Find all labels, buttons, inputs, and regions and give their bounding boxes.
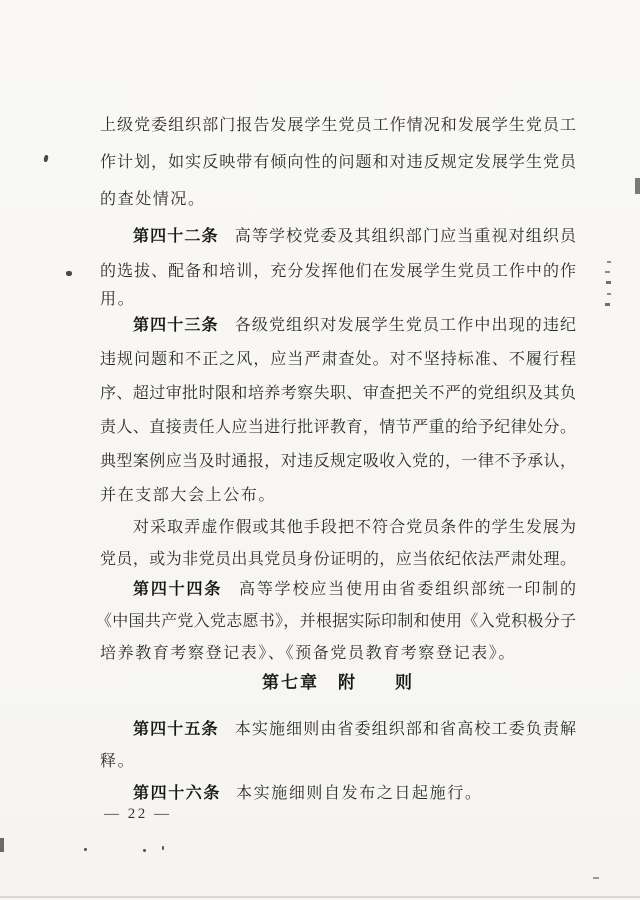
- body-line: 释。: [100, 752, 576, 772]
- body-line: 上级党委组织部门报告发展学生党员工作情况和发展学生党员工: [100, 116, 576, 136]
- body-line: 序、超过审批时限和培养考察失职、审查把关不严的党组织及其负: [100, 384, 576, 404]
- article-text: 高等学校党委及其组织部门应当重视对组织员: [234, 228, 576, 245]
- body-line: 对采取弄虚作假或其他手段把不符合党员条件的学生发展为: [133, 518, 576, 538]
- article-text: 本实施细则由省委组织部和省高校工委负责解: [234, 721, 576, 738]
- scan-speck: [143, 849, 146, 852]
- body-line: 用。: [100, 290, 576, 310]
- article-number: 第四十四条: [133, 581, 222, 598]
- article-number: 第四十五条: [133, 721, 219, 738]
- body-line: 的选拔、配备和培训，充分发挥他们在发展学生党员工作中的作: [100, 262, 576, 282]
- chapter-heading: 第七章 附 则: [100, 668, 576, 693]
- body-line: 的查处情况。: [100, 190, 576, 210]
- scan-edge-artifact: [635, 178, 640, 194]
- article-43-line: 第四十三条各级党组织对发展学生党员工作中出现的违纪: [133, 316, 576, 336]
- body-line: 作计划，如实反映带有倾向性的问题和对违反规定发展学生党员: [100, 153, 576, 173]
- scan-speck: [162, 846, 164, 850]
- article-number: 第四十六条: [133, 785, 221, 802]
- article-number: 第四十三条: [133, 317, 219, 334]
- scanned-document-page: 上级党委组织部门报告发展学生党员工作情况和发展学生党员工 作计划，如实反映带有倾…: [0, 0, 640, 900]
- scan-speck: [606, 281, 611, 284]
- scan-speck: [605, 303, 610, 306]
- article-number: 第四十二条: [133, 228, 219, 245]
- article-42-line: 第四十二条高等学校党委及其组织部门应当重视对组织员: [133, 227, 576, 247]
- scan-edge-artifact: [0, 838, 4, 852]
- scan-speck: [605, 271, 610, 273]
- body-line: 《中国共产党入党志愿书》，并根据实际印制和使用《入党积极分子: [96, 612, 576, 632]
- scan-speck: [607, 293, 611, 295]
- body-line: 并在支部大会上公布。: [100, 486, 576, 506]
- article-45-line: 第四十五条本实施细则由省委组织部和省高校工委负责解: [133, 720, 576, 740]
- scan-speck: [43, 155, 48, 163]
- scan-speck: [84, 848, 87, 851]
- body-line: 违规问题和不正之风，应当严肃查处。对不坚持标准、不履行程: [100, 350, 576, 370]
- article-text: 各级党组织对发展学生党员工作中出现的违纪: [234, 317, 576, 334]
- scan-speck: [66, 271, 72, 276]
- article-46-line: 第四十六条本实施细则自发布之日起施行。: [133, 784, 576, 804]
- page-number-footer: — 22 —: [104, 806, 172, 823]
- body-line: 党员，或为非党员出具党员身份证明的，应当依纪依法严肃处理。: [100, 550, 576, 570]
- body-line: 责人、直接责任人应当进行批评教育，情节严重的给予纪律处分。: [100, 418, 576, 438]
- body-line: 典型案例应当及时通报，对违反规定吸收入党的，一律不予承认，: [100, 452, 576, 472]
- scan-speck: [607, 261, 611, 263]
- scan-edge-artifact: [0, 896, 640, 898]
- scan-speck: [593, 877, 599, 879]
- article-44-line: 第四十四条高等学校应当使用由省委组织部统一印制的: [133, 580, 576, 600]
- body-line: 培养教育考察登记表》、《预备党员教育考察登记表》。: [100, 644, 576, 664]
- article-text: 高等学校应当使用由省委组织部统一印制的: [237, 581, 576, 598]
- article-text: 本实施细则自发布之日起施行。: [236, 785, 482, 802]
